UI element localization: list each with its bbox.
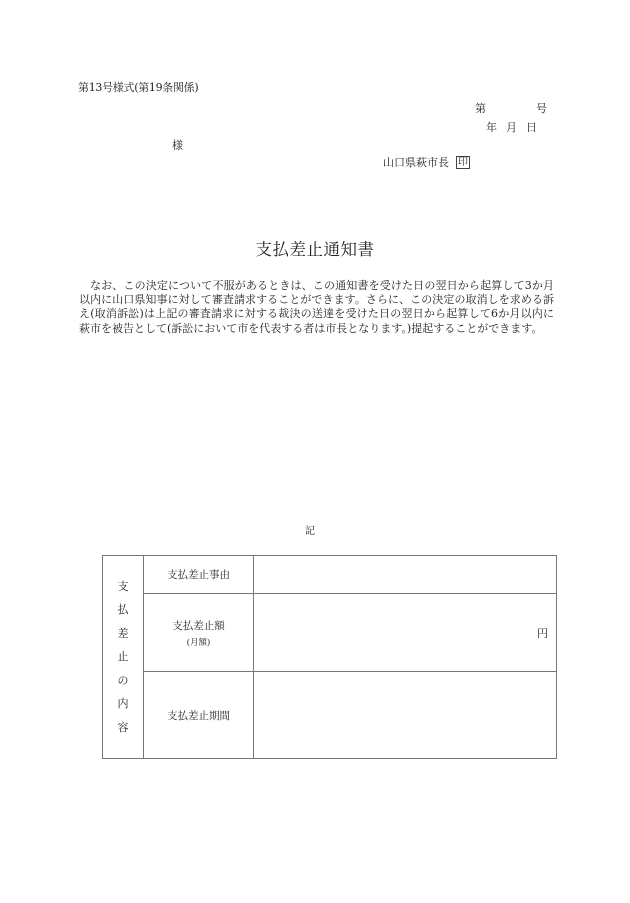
- notice-paragraph: なお、この決定について不服があるときは、この通知書を受けた日の翌日から起算して3…: [79, 279, 554, 336]
- ki-heading: 記: [0, 522, 620, 537]
- label-text: 支払差止額: [172, 620, 225, 632]
- table-row: 支払差止期間: [103, 672, 557, 759]
- issuer-name: 山口県萩市長: [383, 154, 449, 170]
- value-period[interactable]: [254, 672, 557, 759]
- group-label-char: の: [103, 669, 143, 693]
- date-day: 日: [526, 121, 537, 134]
- table-row: 支払差止額 (月額) 円: [103, 594, 557, 672]
- issuer: 山口県萩市長 印: [383, 154, 470, 170]
- group-label-char: 止: [103, 645, 143, 669]
- table-row: 支 払 差 止 の 内 容 支払差止事由: [103, 556, 557, 594]
- date-month: 月: [506, 121, 517, 134]
- label-subtext: (月額): [144, 636, 253, 648]
- form-number: 第13号様式(第19条関係): [78, 79, 198, 95]
- addressee: 様: [172, 137, 183, 153]
- group-label: 支 払 差 止 の 内 容: [103, 556, 144, 759]
- label-reason: 支払差止事由: [144, 556, 254, 594]
- group-label-char: 内: [103, 692, 143, 716]
- value-amount[interactable]: 円: [254, 594, 557, 672]
- group-label-char: 払: [103, 598, 143, 622]
- label-amount: 支払差止額 (月額): [144, 594, 254, 672]
- label-period: 支払差止期間: [144, 672, 254, 759]
- seal-icon: 印: [456, 156, 470, 169]
- group-label-char: 支: [103, 575, 143, 599]
- doc-number-prefix: 第: [475, 100, 486, 116]
- document-title: 支払差止通知書: [0, 236, 630, 260]
- group-label-char: 差: [103, 622, 143, 646]
- label-text: 支払差止期間: [167, 710, 230, 722]
- details-table: 支 払 差 止 の 内 容 支払差止事由 支払差止額 (月額) 円 支払差止期間: [102, 555, 557, 759]
- notice-text: なお、この決定について不服があるときは、この通知書を受けた日の翌日から起算して3…: [79, 279, 554, 336]
- date-year: 年: [486, 121, 497, 134]
- value-reason[interactable]: [254, 556, 557, 594]
- document-date: 年月日: [486, 119, 537, 135]
- doc-number-suffix: 号: [536, 100, 547, 116]
- label-text: 支払差止事由: [167, 569, 230, 581]
- group-label-char: 容: [103, 716, 143, 740]
